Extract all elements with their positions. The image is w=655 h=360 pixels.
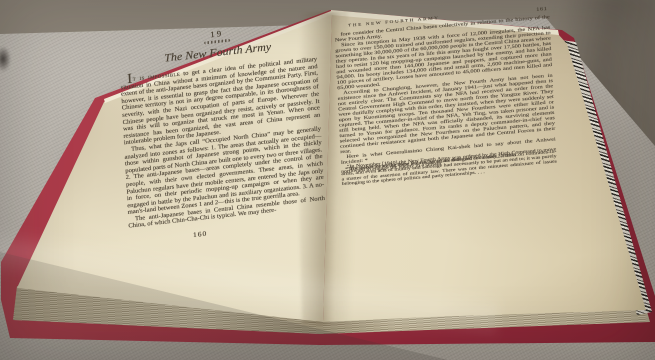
chapter-ornament-squiggle-icon xyxy=(204,39,230,45)
dark-smudge xyxy=(0,46,11,72)
page-number-right: 161 xyxy=(536,6,547,12)
photo-open-book-display: 19 The New Fourth Army It is impossible … xyxy=(0,0,655,360)
right-page-text-block: THE NEW FOURTH ARMY 161 fore consider th… xyxy=(334,6,556,172)
left-page-text-block: 19 The New Fourth Army It is impossible … xyxy=(118,19,326,246)
